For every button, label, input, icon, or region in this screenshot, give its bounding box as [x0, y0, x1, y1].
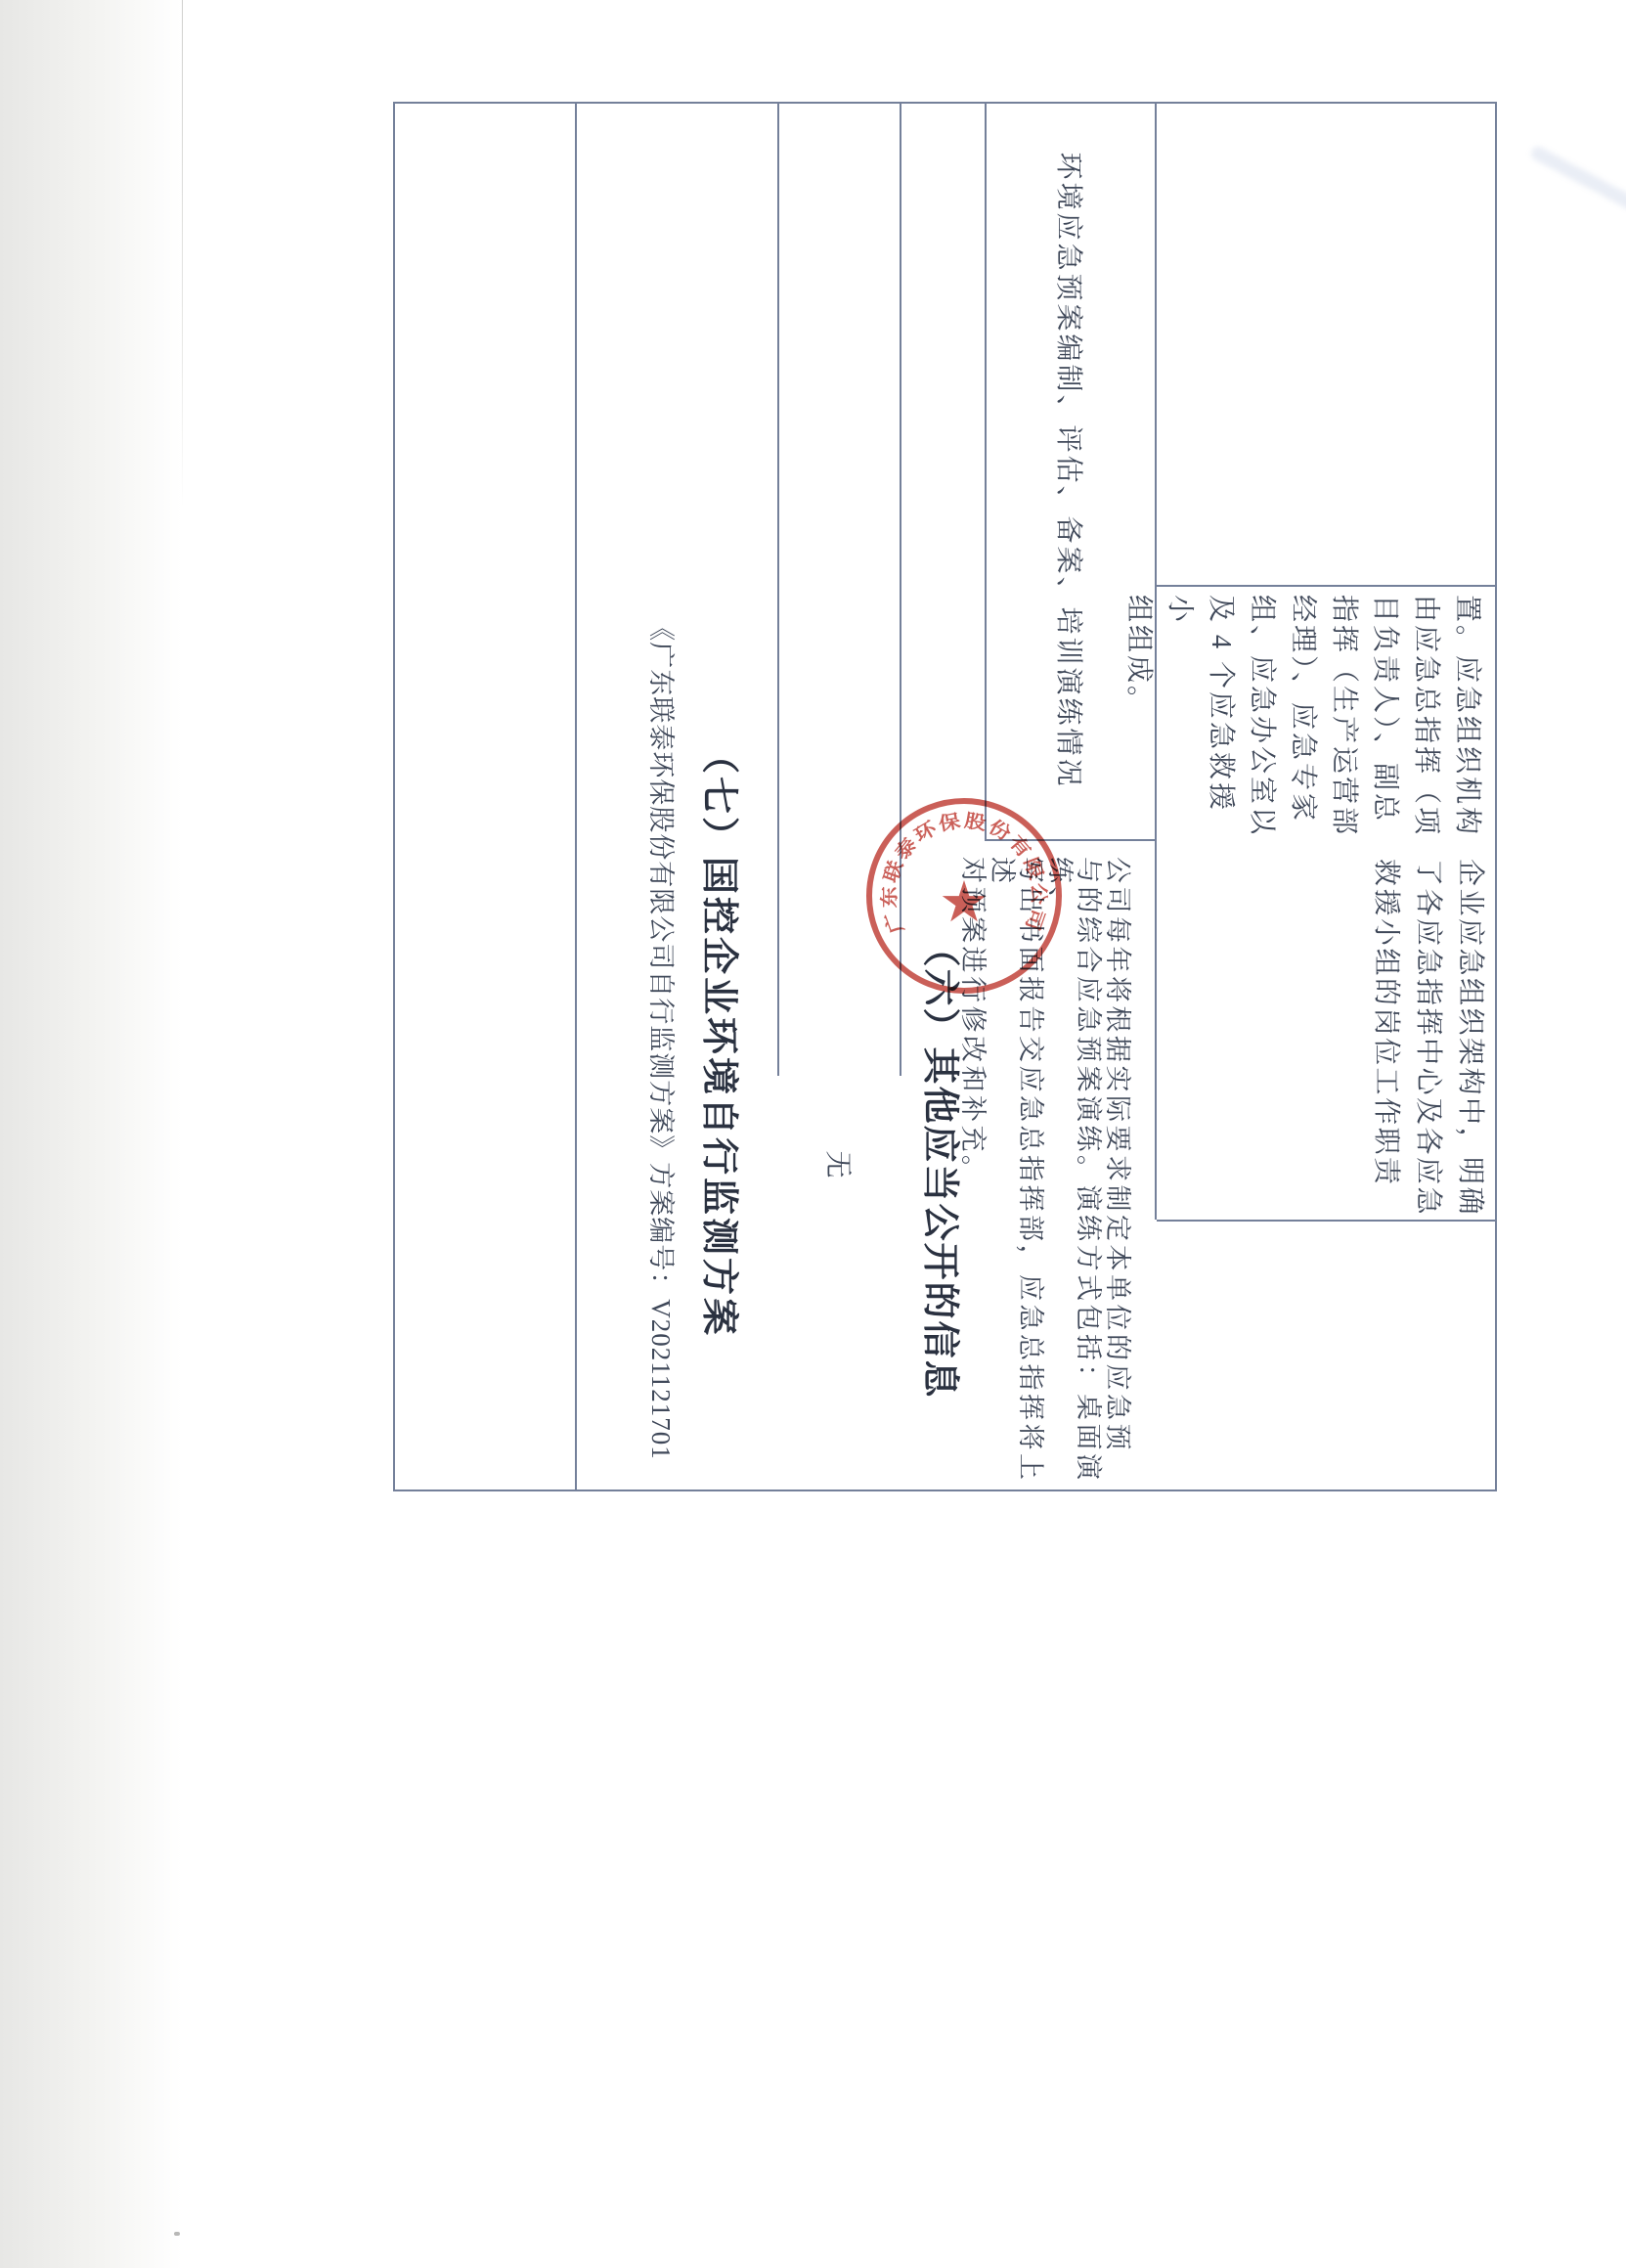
table-border-right [393, 1490, 1497, 1491]
cell-org-duty-paragraph: 企业应急组织架构中，明确 了各应急指挥中心及各应急 救援小组的岗位工作职责 [1157, 841, 1497, 1220]
cell-continuation-paragraph: 置。应急组织机构 由应急总指挥（项 目负责人）、副总 指挥（生产运营部 经理）、… [1157, 585, 1497, 841]
column-separator [1157, 1220, 1497, 1222]
cell-row-label-emergency-plan: 环境应急预案编制、评估、备案、培训演练情况 [985, 102, 1157, 839]
company-seal-stamp: 广东联泰环保股份有限公司 ★ [860, 792, 1068, 1000]
table-border-bottom [393, 102, 395, 1491]
cell-section7: （七）国控企业环境自行监测方案 《广东联泰环保股份有限公司自行监测方案》方案编号… [577, 585, 779, 1490]
section7-content: 《广东联泰环保股份有限公司自行监测方案》方案编号：V2021121701 [645, 614, 683, 1460]
section7-heading: （七）国控企业环境自行监测方案 [697, 736, 751, 1338]
seal-graphic: 广东联泰环保股份有限公司 ★ [860, 792, 1068, 1000]
rotated-table-content: 置。应急组织机构 由应急总指挥（项 目负责人）、副总 指挥（生产运营部 经理）、… [0, 0, 1626, 2268]
seal-star-icon: ★ [939, 870, 989, 934]
scanned-page: 置。应急组织机构 由应急总指挥（项 目负责人）、副总 指挥（生产运营部 经理）、… [0, 0, 1626, 2268]
table-border-left [393, 102, 1497, 104]
